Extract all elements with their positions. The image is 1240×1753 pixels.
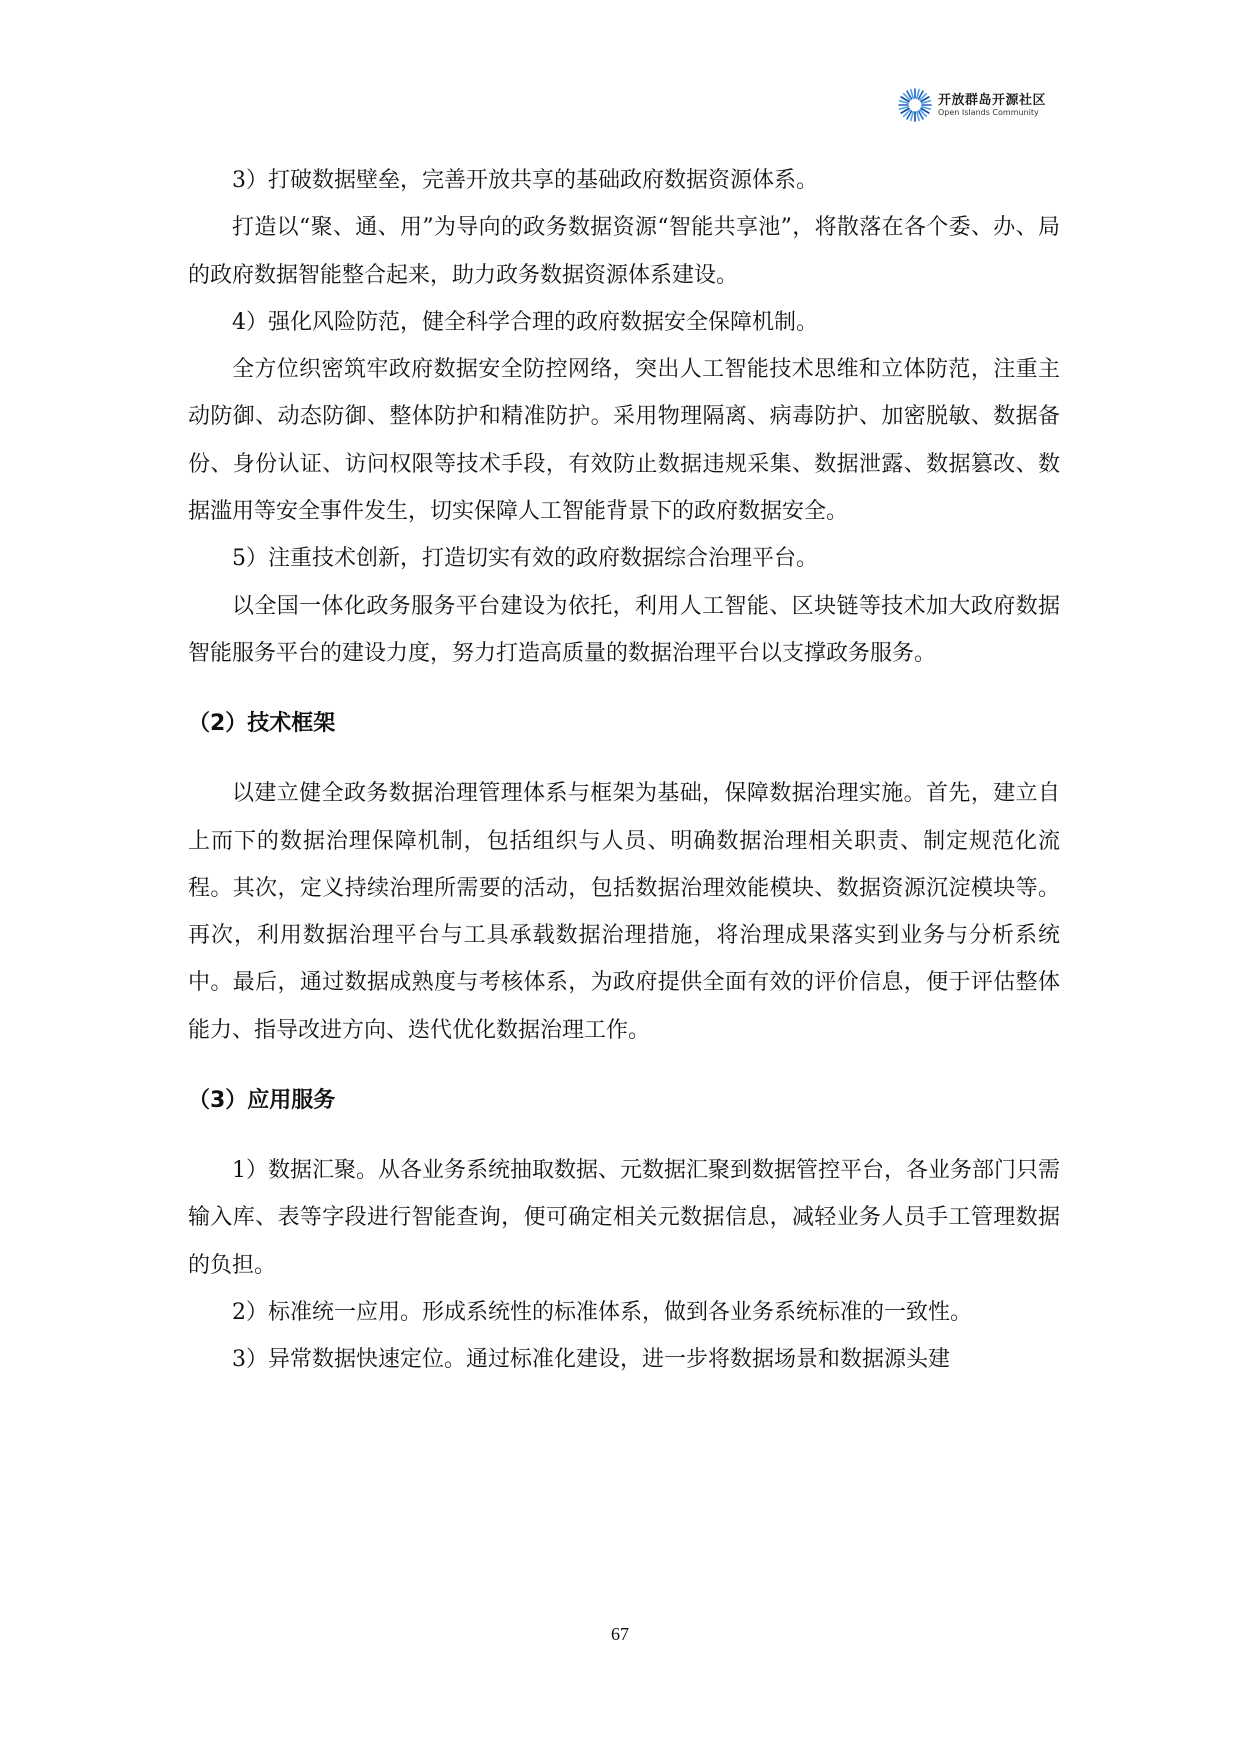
paragraph-item-3: 3）打破数据壁垒，完善开放共享的基础政府数据资源体系。 — [188, 157, 1060, 204]
logo-title-en: Open Islands Community — [938, 109, 1046, 117]
section-heading-app-services: （3）应用服务 — [188, 1077, 1060, 1124]
paragraph-standard-unification: 2）标准统一应用。形成系统性的标准体系，做到各业务系统标准的一致性。 — [188, 1289, 1060, 1336]
paragraph-tech-framework: 以建立健全政务数据治理管理体系与框架为基础，保障数据治理实施。首先，建立自上而下… — [188, 770, 1060, 1054]
section-heading-tech-framework: （2）技术框架 — [188, 700, 1060, 747]
paragraph-security-network: 全方位织密筑牢政府数据安全防控网络，突出人工智能技术思维和立体防范，注重主动防御… — [188, 346, 1060, 535]
paragraph-shared-pool: 打造以“聚、通、用”为导向的政务数据资源“智能共享池”，将散落在各个委、办、局的… — [188, 204, 1060, 299]
logo-title-cn: 开放群岛开源社区 — [938, 94, 1046, 107]
page-number: 67 — [0, 1624, 1240, 1645]
sunburst-ring-icon — [898, 88, 932, 122]
paragraph-item-5: 5）注重技术创新，打造切实有效的政府数据综合治理平台。 — [188, 535, 1060, 582]
paragraph-anomaly-location: 3）异常数据快速定位。通过标准化建设，进一步将数据场景和数据源头建 — [188, 1336, 1060, 1383]
paragraph-platform: 以全国一体化政务服务平台建设为依托，利用人工智能、区块链等技术加大政府数据智能服… — [188, 583, 1060, 678]
header-logo: 开放群岛开源社区 Open Islands Community — [898, 88, 1046, 122]
page-body: 3）打破数据壁垒，完善开放共享的基础政府数据资源体系。 打造以“聚、通、用”为导… — [188, 157, 1060, 1384]
logo-text: 开放群岛开源社区 Open Islands Community — [938, 94, 1046, 117]
paragraph-item-4: 4）强化风险防范，健全科学合理的政府数据安全保障机制。 — [188, 299, 1060, 346]
paragraph-data-aggregation: 1）数据汇聚。从各业务系统抽取数据、元数据汇聚到数据管控平台，各业务部门只需输入… — [188, 1147, 1060, 1289]
